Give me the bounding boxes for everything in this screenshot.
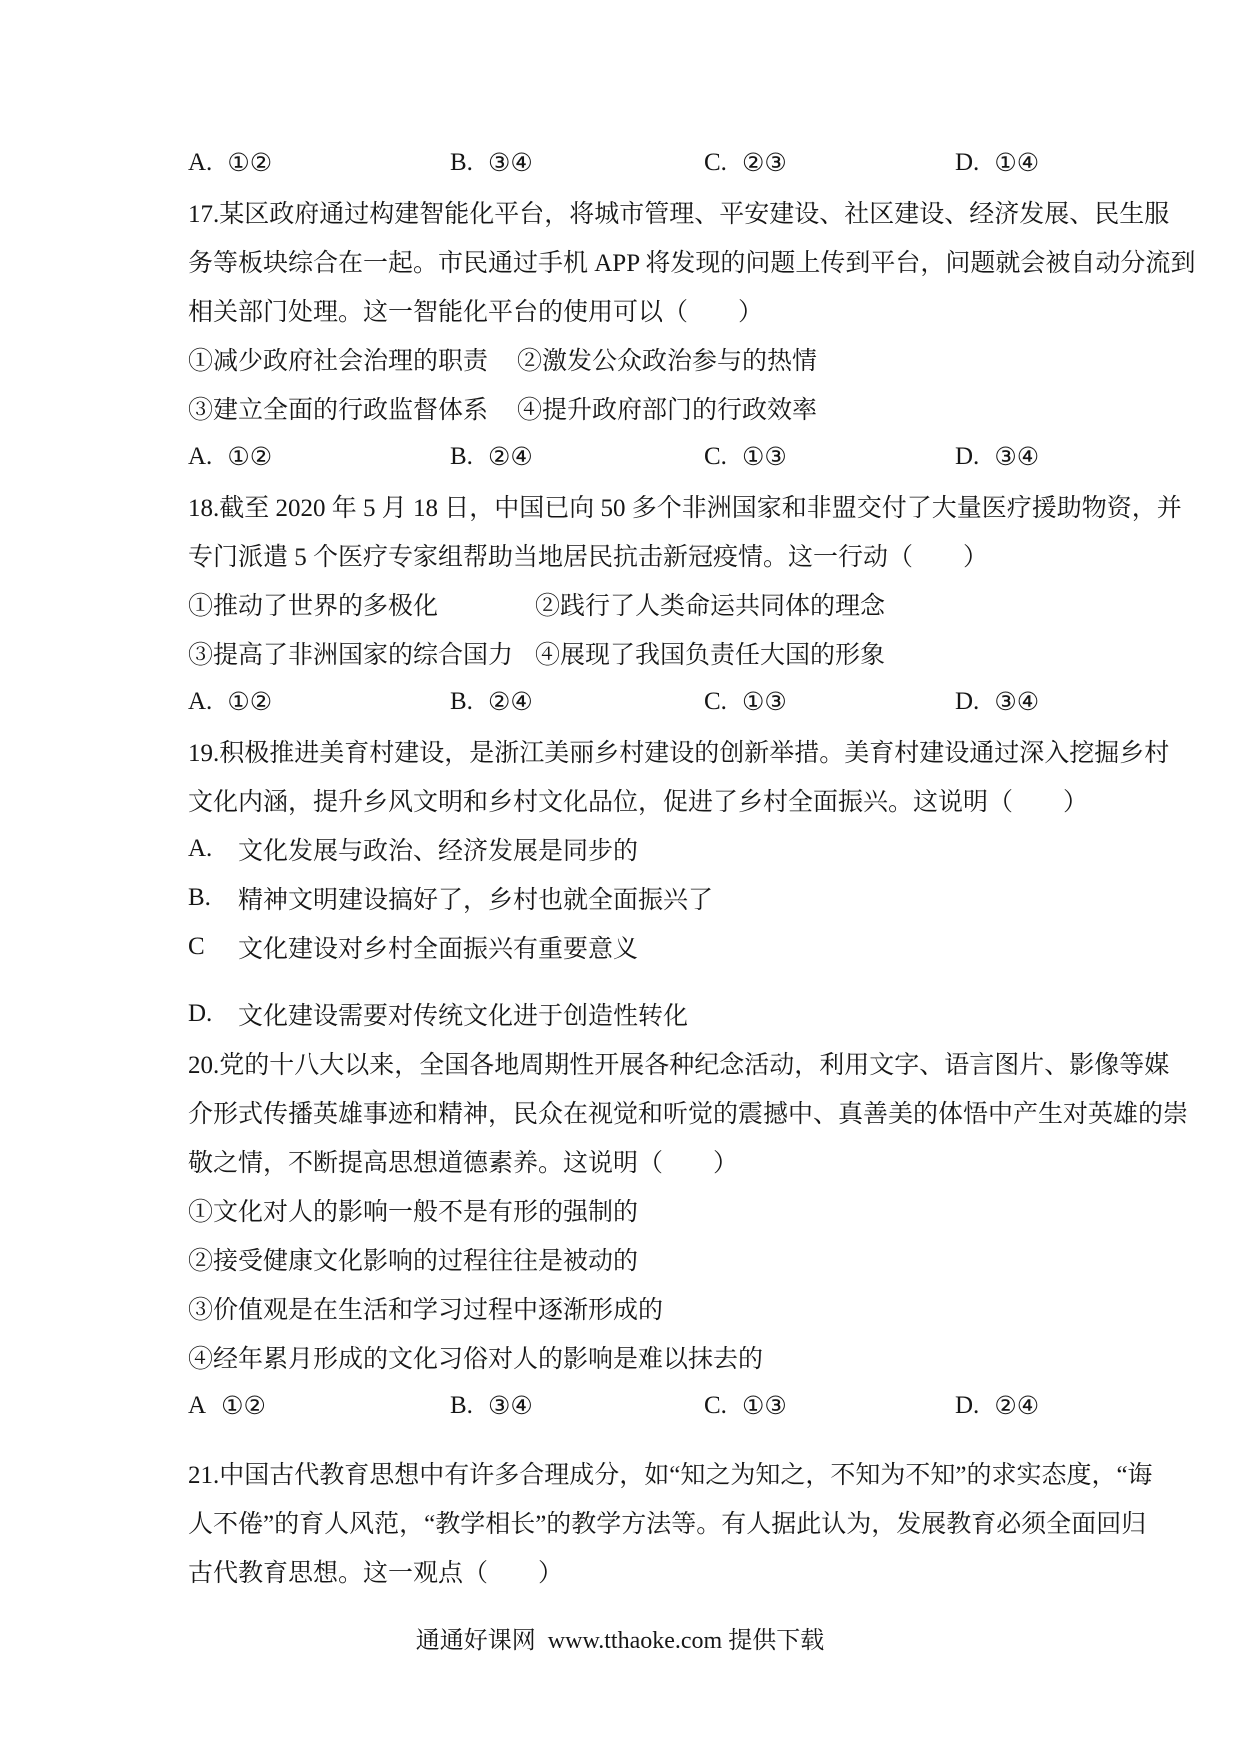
q21-stem-line-2: 人不倦”的育人风范，“教学相长”的教学方法等。有人据此认为，发展教育必须全面回归 [188,1497,1118,1546]
option-value: ③④ [488,1391,533,1421]
option-value: ②③ [742,148,787,178]
exam-content: A.①② B.③④ C.②③ D.①④ 17.某区政府通过构建智能化平台，将城市… [188,138,1118,1595]
q19-stem-line-2: 文化内涵，提升乡风文明和乡村文化品位，促进了乡村全面振兴。这说明（ ） [188,775,1118,824]
q18-option-a: A.①② [188,687,450,717]
option-value: ②④ [488,687,533,717]
q18-statement-3: ③提高了非洲国家的综合国力 [188,635,535,671]
option-value: ①② [227,148,272,178]
option-label: B. [188,884,238,912]
option-value: ①② [221,1391,266,1421]
option-label: C. [704,149,727,177]
q20-stem-line-2: 介形式传播英雄事迹和精神，民众在视觉和听觉的震撼中、真善美的体悟中产生对英雄的崇 [188,1087,1118,1136]
q20-statement-1: ①文化对人的影响一般不是有形的强制的 [188,1185,1118,1234]
q20-option-c: C.①③ [704,1391,955,1421]
q17-statement-4: ④提升政府部门的行政效率 [517,390,817,426]
option-text: 精神文明建设搞好了，乡村也就全面振兴了 [238,880,713,916]
option-value: ②④ [488,442,533,472]
q21-stem-line-1: 21.中国古代教育思想中有许多合理成分，如“知之为知之，不知为不知”的求实态度，… [188,1448,1118,1497]
option-label: C. [704,1392,727,1420]
q19-option-b: B. 精神文明建设搞好了，乡村也就全面振兴了 [188,873,1118,922]
option-label: C. [704,443,727,471]
option-text: 文化发展与政治、经济发展是同步的 [238,831,638,867]
option-label: D. [955,443,979,471]
q21-stem-line-3: 古代教育思想。这一观点（ ） [188,1546,1118,1595]
q17-option-a: A.①② [188,442,450,472]
option-value: ③④ [488,148,533,178]
option-label: B. [450,149,473,177]
q18-option-c: C.①③ [704,687,955,717]
q17-statement-2: ②激发公众政治参与的热情 [517,341,817,377]
q19-option-c: C 文化建设对乡村全面振兴有重要意义 [188,922,1118,971]
q18-stem-line-1: 18.截至 2020 年 5 月 18 日，中国已向 50 多个非洲国家和非盟交… [188,481,1118,530]
option-label: C. [704,688,727,716]
q16-option-d: D.①④ [955,148,1039,178]
option-label: B. [450,688,473,716]
q20-option-a: A①② [188,1391,450,1421]
q20-options-row: A①② B.③④ C.①③ D.②④ [188,1381,1118,1430]
option-label: D. [955,1392,979,1420]
option-label: A. [188,149,212,177]
option-value: ①④ [994,148,1039,178]
q20-statement-4: ④经年累月形成的文化习俗对人的影响是难以抹去的 [188,1332,1118,1381]
option-text: 文化建设对乡村全面振兴有重要意义 [238,929,638,965]
option-text: 文化建设需要对传统文化进于创造性转化 [238,996,688,1032]
q16-option-c: C.②③ [704,148,955,178]
q18-statements-row-2: ③提高了非洲国家的综合国力 ④展现了我国负责任大国的形象 [188,628,1118,677]
q17-stem-line-1: 17.某区政府通过构建智能化平台，将城市管理、平安建设、社区建设、经济发展、民生… [188,187,1118,236]
q20-option-b: B.③④ [450,1391,704,1421]
q17-statements-row-1: ①减少政府社会治理的职责 ②激发公众政治参与的热情 [188,334,1118,383]
option-label: D. [188,1000,238,1028]
q17-option-c: C.①③ [704,442,955,472]
q20-option-d: D.②④ [955,1391,1039,1421]
q17-statement-3: ③建立全面的行政监督体系 [188,390,517,426]
option-label: A [188,1392,206,1420]
q18-statement-4: ④展现了我国负责任大国的形象 [535,635,885,671]
q17-stem-line-2: 务等板块综合在一起。市民通过手机 APP 将发现的问题上传到平台，问题就会被自动… [188,236,1118,285]
q17-statement-1: ①减少政府社会治理的职责 [188,341,517,377]
q20-statement-2: ②接受健康文化影响的过程往往是被动的 [188,1234,1118,1283]
exam-page: A.①② B.③④ C.②③ D.①④ 17.某区政府通过构建智能化平台，将城市… [0,0,1240,1754]
option-value: ①③ [742,687,787,717]
q17-stem-line-3: 相关部门处理。这一智能化平台的使用可以（ ） [188,285,1118,334]
option-label: B. [450,443,473,471]
q18-stem-line-2: 专门派遣 5 个医疗专家组帮助当地居民抗击新冠疫情。这一行动（ ） [188,530,1118,579]
option-value: ①③ [742,442,787,472]
option-value: ①② [227,687,272,717]
option-label: A. [188,688,212,716]
q18-option-d: D.③④ [955,687,1039,717]
q16-options-row: A.①② B.③④ C.②③ D.①④ [188,138,1118,187]
q20-stem-line-1: 20.党的十八大以来，全国各地周期性开展各种纪念活动，利用文字、语言图片、影像等… [188,1038,1118,1087]
q16-option-a: A.①② [188,148,450,178]
q17-options-row: A.①② B.②④ C.①③ D.③④ [188,432,1118,481]
q17-statements-row-2: ③建立全面的行政监督体系 ④提升政府部门的行政效率 [188,383,1118,432]
q17-option-b: B.②④ [450,442,704,472]
page-footer: 通通好课网 www.tthaoke.com 提供下载 [0,1613,1240,1661]
q18-options-row: A.①② B.②④ C.①③ D.③④ [188,677,1118,726]
q18-option-b: B.②④ [450,687,704,717]
q18-statements-row-1: ①推动了世界的多极化 ②践行了人类命运共同体的理念 [188,579,1118,628]
q18-statement-2: ②践行了人类命运共同体的理念 [535,586,885,622]
option-label: D. [955,149,979,177]
option-value: ①③ [742,1391,787,1421]
option-label: C [188,933,238,961]
q18-statement-1: ①推动了世界的多极化 [188,586,535,622]
option-value: ③④ [994,442,1039,472]
q16-option-b: B.③④ [450,148,704,178]
option-label: B. [450,1392,473,1420]
q20-statement-3: ③价值观是在生活和学习过程中逐渐形成的 [188,1283,1118,1332]
option-label: A. [188,443,212,471]
option-label: A. [188,835,238,863]
q20-stem-line-3: 敬之情，不断提高思想道德素养。这说明（ ） [188,1136,1118,1185]
q19-stem-line-1: 19.积极推进美育村建设，是浙江美丽乡村建设的创新举措。美育村建设通过深入挖掘乡… [188,726,1118,775]
option-value: ①② [227,442,272,472]
option-value: ②④ [994,1391,1039,1421]
q19-option-a: A. 文化发展与政治、经济发展是同步的 [188,824,1118,873]
q19-option-d: D. 文化建设需要对传统文化进于创造性转化 [188,989,1118,1038]
q17-option-d: D.③④ [955,442,1039,472]
option-label: D. [955,688,979,716]
option-value: ③④ [994,687,1039,717]
